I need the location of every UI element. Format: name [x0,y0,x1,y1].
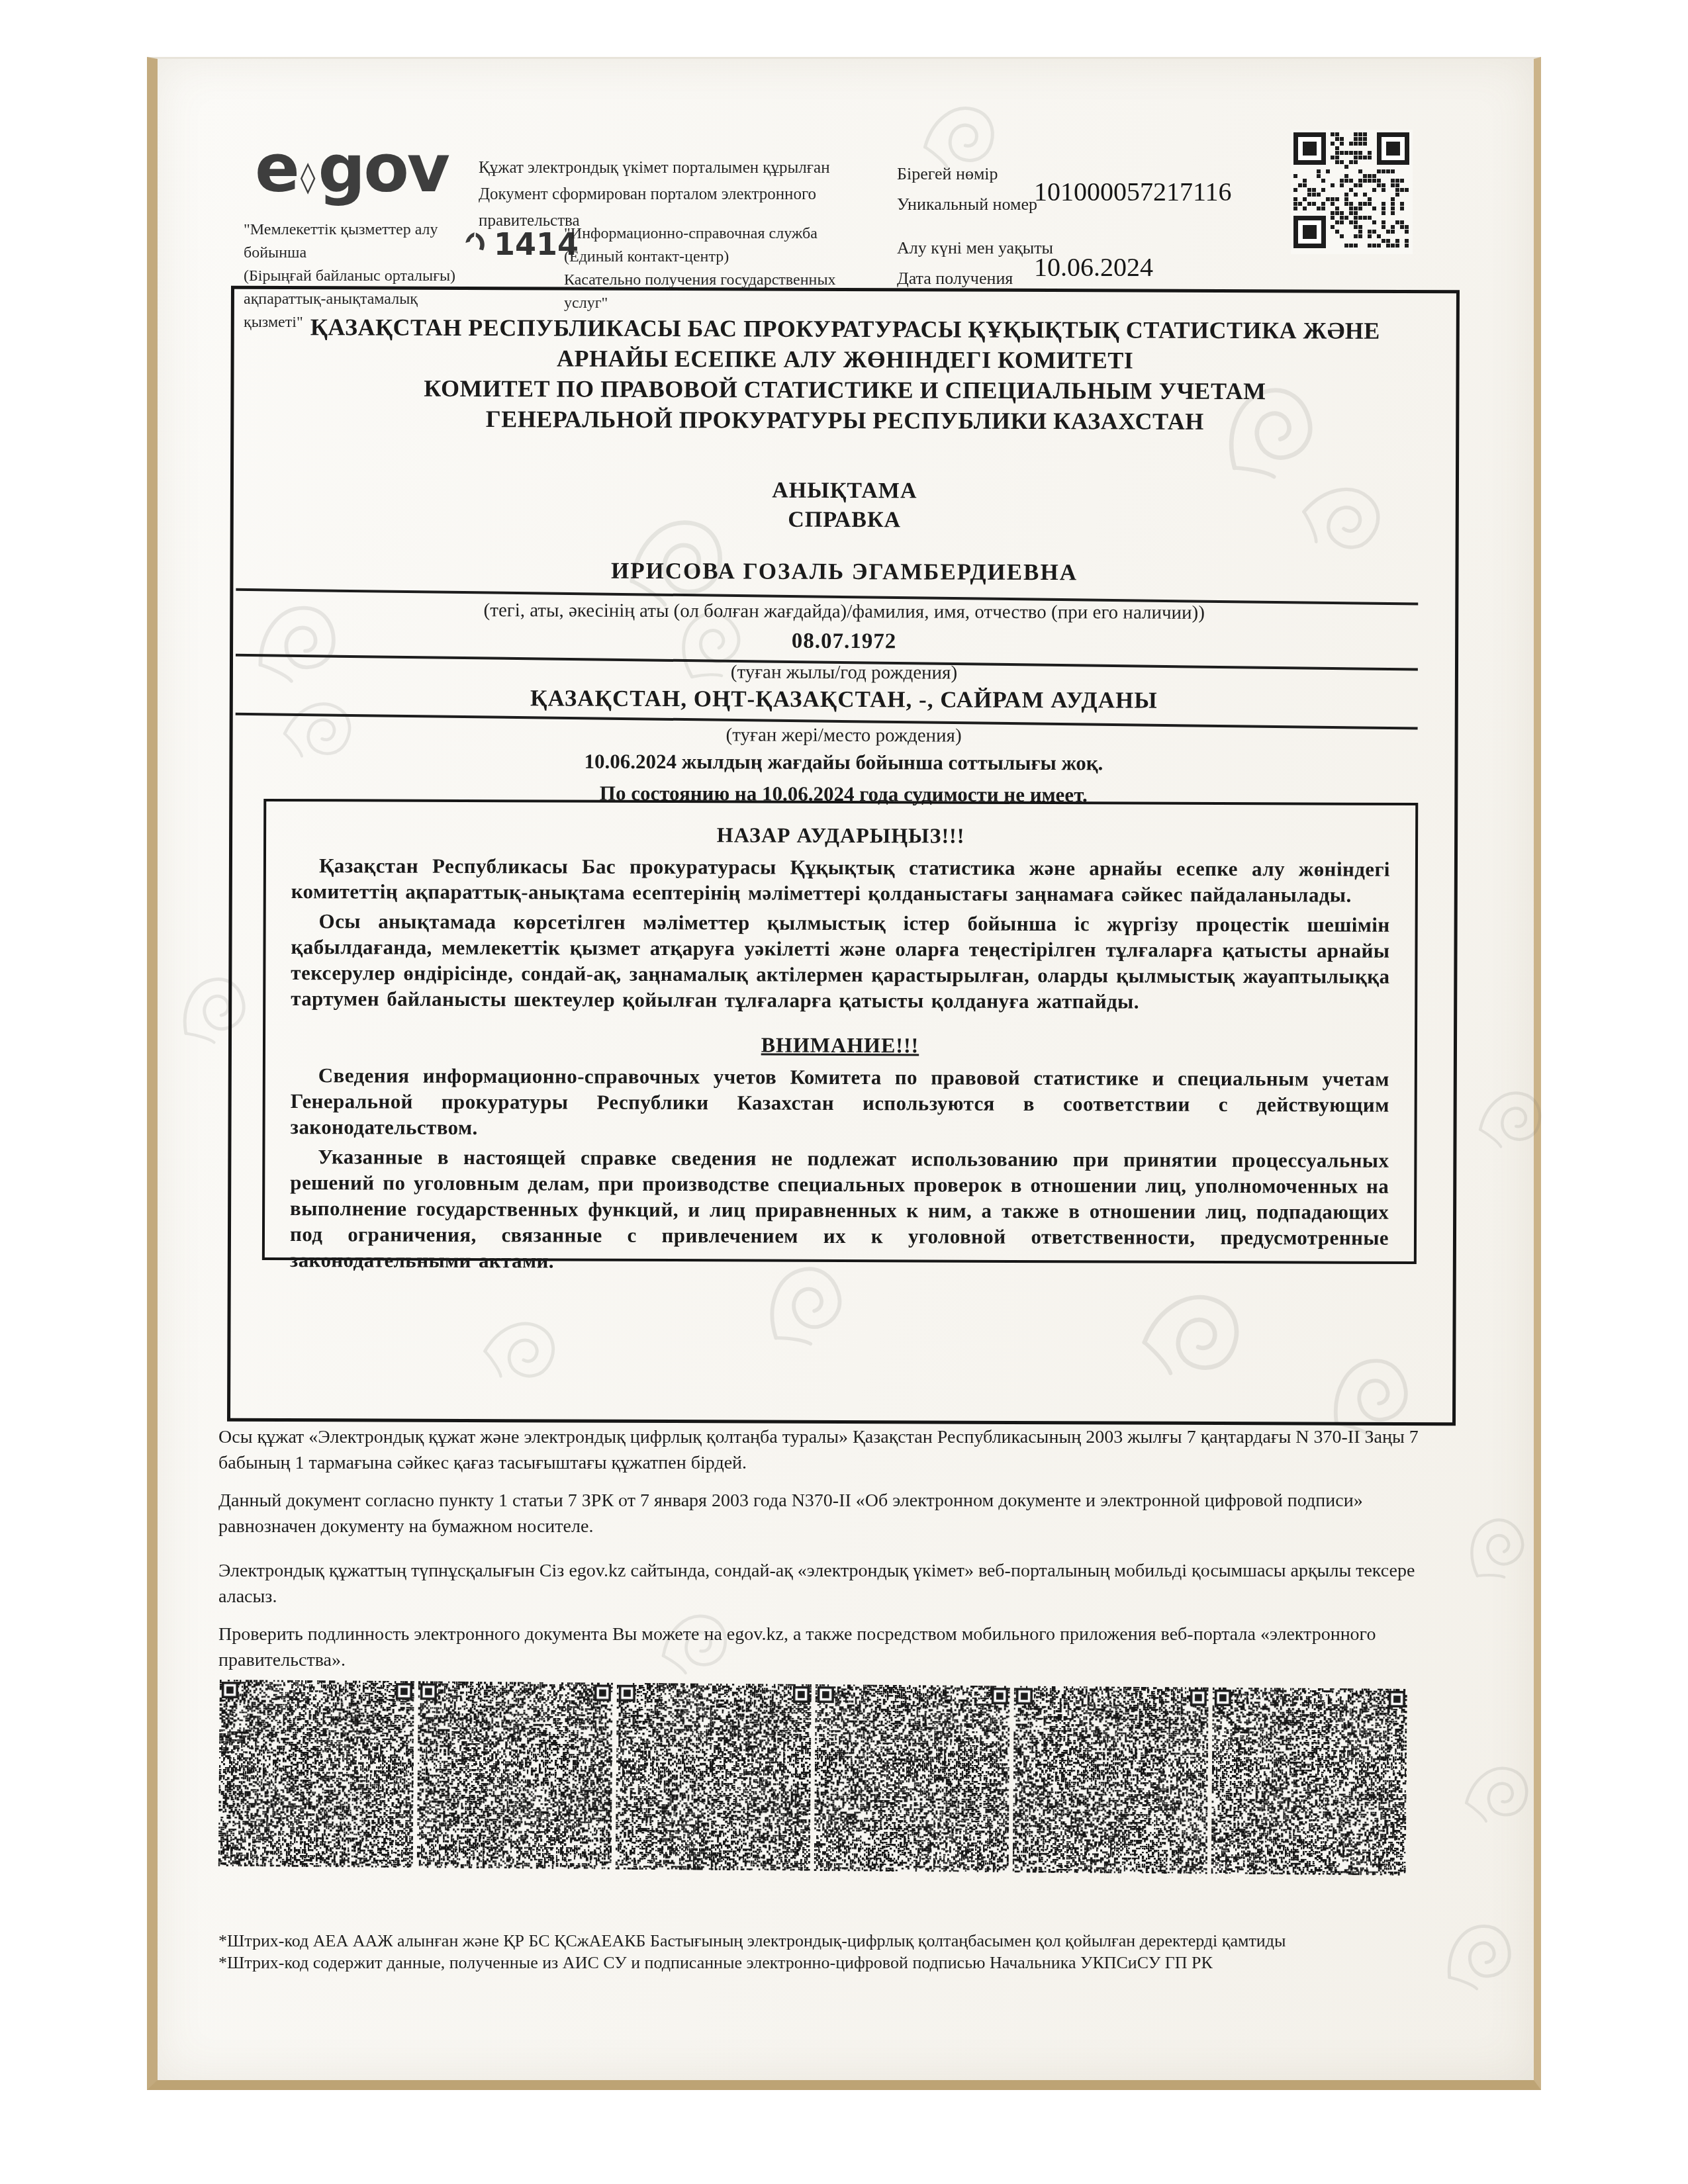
contact-kk-line: "Мемлекеттік қызметтер алу бойынша [244,218,469,265]
contact-kk-line: (Бірыңғай байланыс орталығы) [244,265,469,288]
egov-logo-diamond-icon: ◊ [301,159,316,195]
authority-line: КОМИТЕТ ПО ПРАВОВОЙ СТАТИСТИКЕ И СПЕЦИАЛ… [234,373,1456,407]
unique-number-label-kk: Бірегей нөмір [897,159,1037,189]
receive-date-label: Алу күні мен уақыты Дата получения [897,233,1053,294]
barcode-strip [218,1680,1411,1876]
barcode-panel [417,1681,613,1869]
receive-date-label-kk: Алу күні мен уақыты [897,233,1053,263]
barcode-panel [218,1680,414,1868]
contact-ru-line: (Единый контакт-центр) [564,246,868,269]
warning-paragraph-kk-1: Қазақстан Республикасы Бас прокуратурасы… [291,852,1390,908]
unique-number-label-ru: Уникальный номер [897,189,1037,220]
barcode-footnote-kk: *Штрих-код АЕА ААЖ алынған және ҚР БС ҚС… [218,1930,1509,1952]
certificate-title-ru: СПРАВКА [234,504,1456,537]
barcode-footnote-ru: *Штрих-код содержит данные, полученные и… [218,1952,1509,1974]
certificate-frame: ҚАЗАҚСТАН РЕСПУБЛИКАСЫ БАС ПРОКУРАТУРАСЫ… [227,286,1460,1426]
contact-ru-line: "Информационно-справочная служба [564,222,868,246]
authority-line: АРНАЙЫ ЕСЕПКЕ АЛУ ЖӨНІНДЕГІ КОМИТЕТІ [234,342,1456,377]
barcode-panel [616,1683,812,1871]
warning-paragraph-ru-1: Сведения информационно-справочных учетов… [290,1062,1389,1144]
birth-date-caption: (туған жылы/год рождения) [233,660,1455,686]
document-created-kk: Құжат электрондық үкімет порталымен құры… [479,155,889,181]
egov-logo-gov: gov [318,130,448,207]
legal-footer: Осы құжат «Электрондық құжат және электр… [218,1424,1462,1685]
name-caption: (тегі, аты, әкесінің аты (ол болған жағд… [233,599,1455,625]
barcode-panel [1211,1688,1407,1876]
authority-line: ГЕНЕРАЛЬНОЙ ПРОКУРАТУРЫ РЕСПУБЛИКИ КАЗАХ… [234,403,1456,437]
barcode-panel [1013,1686,1209,1874]
barcode-panel [814,1684,1010,1872]
warning-heading-kk: НАЗАР АУДАРЫҢЫЗ!!! [291,821,1390,850]
footer-verify-ru: Проверить подлинность электронного докум… [218,1621,1462,1673]
contact-phone: 1414 [463,226,579,262]
birth-place-value: ҚАЗАҚСТАН, ОҢТ-ҚАЗАҚСТАН, -, САЙРАМ АУДА… [233,684,1455,715]
footer-verify-kk: Электрондық құжаттың түпнұсқалығын Сіз e… [218,1558,1462,1610]
birth-place-caption: (туған жері/место рождения) [233,723,1455,749]
unique-number-value: 101000057217116 [1034,176,1232,207]
authority-line: ҚАЗАҚСТАН РЕСПУБЛИКАСЫ БАС ПРОКУРАТУРАСЫ… [234,312,1456,346]
footer-law-ru: Данный документ согласно пункту 1 статьи… [218,1488,1462,1539]
warning-box: НАЗАР АУДАРЫҢЫЗ!!! Қазақстан Республикас… [262,799,1418,1264]
warning-heading-ru: ВНИМАНИЕ!!! [291,1031,1389,1060]
warning-paragraph-kk-2: Осы анықтамада көрсетілген мәліметтер қы… [291,908,1390,1015]
phone-handset-icon [463,232,489,257]
egov-logo-e: e [255,130,298,207]
certificate-title-kk: АНЫҚТАМА [234,475,1456,508]
no-conviction-statement-kk: 10.06.2024 жылдың жағдайы бойынша соттыл… [232,749,1454,776]
footer-law-kk: Осы құжат «Электрондық құжат және электр… [218,1424,1462,1476]
issuing-authority: ҚАЗАҚСТАН РЕСПУБЛИКАСЫ БАС ПРОКУРАТУРАСЫ… [234,312,1456,437]
warning-paragraph-ru-2: Указанные в настоящей справке сведения н… [290,1144,1389,1277]
person-full-name: ИРИСОВА ГОЗАЛЬ ЭГАМБЕРДИЕВНА [233,557,1455,587]
birth-date-value: 08.07.1972 [233,627,1455,656]
unique-number-label: Бірегей нөмір Уникальный номер [897,159,1037,220]
qr-code [1291,130,1413,254]
certificate-title: АНЫҚТАМА СПРАВКА [234,475,1456,537]
egov-logo: e◊gov [255,136,448,202]
receive-date-value: 10.06.2024 [1034,251,1153,283]
barcode-footnotes: *Штрих-код АЕА ААЖ алынған және ҚР БС ҚС… [218,1930,1509,1974]
